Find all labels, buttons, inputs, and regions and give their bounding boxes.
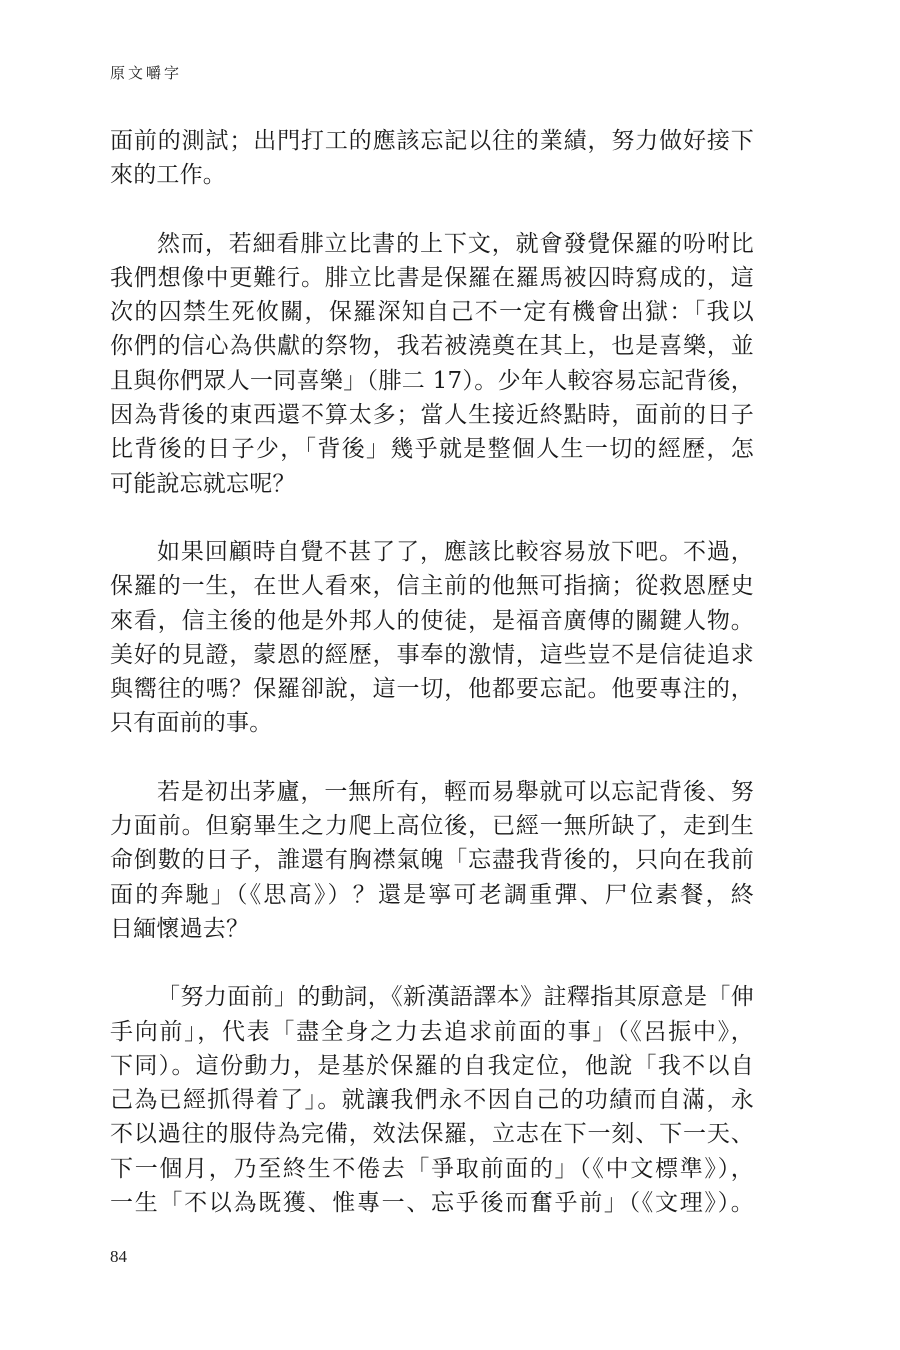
text-line: 然而，若細看腓立比書的上下文，就會發覺保羅的吩咐比 [110, 227, 754, 261]
running-head: 原文嚼字 [110, 62, 182, 83]
text-line: 你們的信心為供獻的祭物，我若被澆奠在其上，也是喜樂，並 [110, 329, 754, 363]
paragraph-3: 如果回顧時自覺不甚了了，應該比較容易放下吧。不過， 保羅的一生，在世人看來，信主… [110, 535, 754, 741]
body-text: 面前的測試；出門打工的應該忘記以往的業績，努力做好接下 來的工作。 然而，若細看… [110, 124, 754, 1254]
text-line: 手向前」，代表「盡全身之力去追求前面的事」（《呂振中》， [110, 1015, 754, 1049]
text-line: 可能說忘就忘呢？ [110, 467, 754, 501]
text-line: 只有面前的事。 [110, 706, 754, 740]
text-line: 面前的測試；出門打工的應該忘記以往的業績，努力做好接下 [110, 124, 754, 158]
paragraph-1: 面前的測試；出門打工的應該忘記以往的業績，努力做好接下 來的工作。 [110, 124, 754, 193]
text-line: 命倒數的日子，誰還有胸襟氣魄「忘盡我背後的，只向在我前 [110, 843, 754, 877]
text-line: 下一個月，乃至終生不倦去「爭取前面的」（《中文標準》）， [110, 1152, 754, 1186]
paragraph-5: 「努力面前」的動詞，《新漢語譯本》註釋指其原意是「伸 手向前」，代表「盡全身之力… [110, 980, 754, 1220]
paragraph-2: 然而，若細看腓立比書的上下文，就會發覺保羅的吩咐比 我們想像中更難行。腓立比書是… [110, 227, 754, 501]
page-number: 84 [110, 1247, 127, 1267]
text-line: 「努力面前」的動詞，《新漢語譯本》註釋指其原意是「伸 [110, 980, 754, 1014]
text-line: 己為已經抓得着了」。就讓我們永不因自己的功績而自滿，永 [110, 1083, 754, 1117]
text-line: 日緬懷過去？ [110, 912, 754, 946]
text-line: 若是初出茅廬，一無所有，輕而易舉就可以忘記背後、努 [110, 775, 754, 809]
text-line: 與嚮往的嗎？保羅卻說，這一切，他都要忘記。他要專注的， [110, 672, 754, 706]
text-line: 力面前。但窮畢生之力爬上高位後，已經一無所缺了，走到生 [110, 809, 754, 843]
text-line: 來的工作。 [110, 158, 754, 192]
paragraph-4: 若是初出茅廬，一無所有，輕而易舉就可以忘記背後、努 力面前。但窮畢生之力爬上高位… [110, 775, 754, 946]
text-line: 保羅的一生，在世人看來，信主前的他無可指摘；從救恩歷史 [110, 569, 754, 603]
text-line: 且與你們眾人一同喜樂」（腓二 17）。少年人較容易忘記背後， [110, 364, 754, 398]
text-line: 一生「不以為既獲、惟專一、忘乎後而奮乎前」（《文理》）。 [110, 1186, 754, 1220]
text-line: 我們想像中更難行。腓立比書是保羅在羅馬被囚時寫成的，這 [110, 261, 754, 295]
text-line: 來看，信主後的他是外邦人的使徒，是福音廣傳的關鍵人物。 [110, 604, 754, 638]
text-line: 面的奔馳」（《思高》）？還是寧可老調重彈、尸位素餐，終 [110, 878, 754, 912]
text-line: 下同）。這份動力，是基於保羅的自我定位，他說「我不以自 [110, 1049, 754, 1083]
text-line: 因為背後的東西還不算太多；當人生接近終點時，面前的日子 [110, 398, 754, 432]
text-line: 不以過往的服侍為完備，效法保羅，立志在下一刻、下一天、 [110, 1117, 754, 1151]
text-line: 美好的見證，蒙恩的經歷，事奉的激情，這些豈不是信徒追求 [110, 638, 754, 672]
text-line: 比背後的日子少，「背後」幾乎就是整個人生一切的經歷，怎 [110, 432, 754, 466]
text-line: 如果回顧時自覺不甚了了，應該比較容易放下吧。不過， [110, 535, 754, 569]
text-line: 次的囚禁生死攸關，保羅深知自己不一定有機會出獄：「我以 [110, 295, 754, 329]
